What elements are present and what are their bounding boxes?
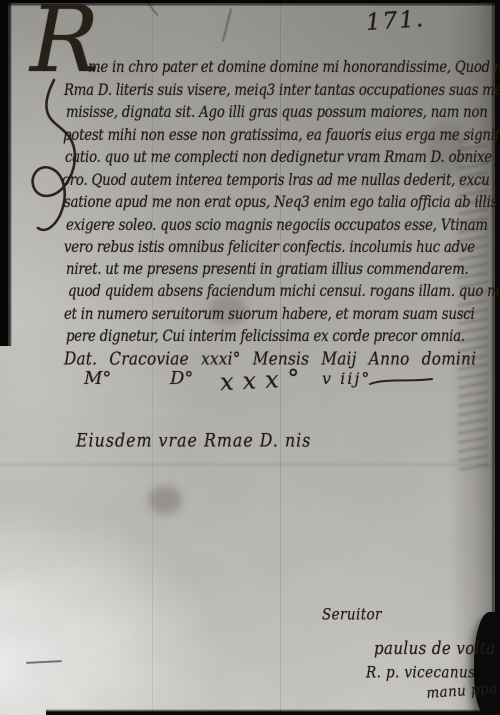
- ink-stain: [148, 486, 182, 514]
- scan-border-bottom: [46, 709, 500, 715]
- letter-line: satione apud me non erat opus, Neq3 enim…: [64, 195, 497, 211]
- letter-line: oro. Quod autem interea temporis lras ad…: [62, 173, 490, 189]
- letter-line: vero rebus istis omnibus feliciter confe…: [64, 240, 475, 256]
- letter-line: quod quidem absens faciendum michi censu…: [68, 284, 500, 300]
- letter-line: potest mihi non esse non gratissima, ea …: [63, 128, 500, 144]
- crease-mark: [222, 8, 232, 41]
- letter-line: pere dignetur, Cui interim felicissima e…: [66, 329, 465, 345]
- year-numeral: xxx°: [219, 364, 309, 397]
- manuscript-page-scan: 171. R me in chro pater et domine domine…: [0, 0, 500, 715]
- scan-dark-corner: [474, 612, 500, 715]
- signature-title: R. p. vicecanus: [366, 666, 475, 682]
- letter-line: me in chro pater et domine domine mi hon…: [88, 60, 500, 76]
- signature-name: paulus de volta: [374, 640, 496, 657]
- letter-line: Rma D. literis suis visere, meiq3 inter …: [64, 83, 500, 99]
- letter-line: niret. ut me presens presenti in gratiam…: [66, 262, 469, 278]
- horizontal-crease: [0, 463, 500, 466]
- year-numeral: M°: [84, 368, 111, 389]
- scan-border-right: [491, 0, 500, 715]
- folio-number: 171.: [365, 8, 426, 35]
- letter-line: misisse, dignata sit. Ago illi gras quas…: [66, 105, 488, 121]
- letter-line: exigere soleo. quos scio magnis negociis…: [66, 218, 488, 234]
- year-numeral: D°: [170, 368, 193, 389]
- scan-border-left: [0, 0, 12, 346]
- year-numeral: v iij°: [322, 369, 371, 388]
- letter-line: et in numero seruitorum suorum habere, e…: [64, 307, 475, 323]
- signature-servitor: Seruitor: [322, 608, 382, 624]
- stray-pen-mark: [26, 660, 62, 664]
- date-flourish: [368, 376, 434, 388]
- valediction-line: Eiusdem vrae Rmae D. nis: [76, 432, 311, 451]
- letter-line: catio. quo ut me complecti non dedignetu…: [65, 150, 492, 166]
